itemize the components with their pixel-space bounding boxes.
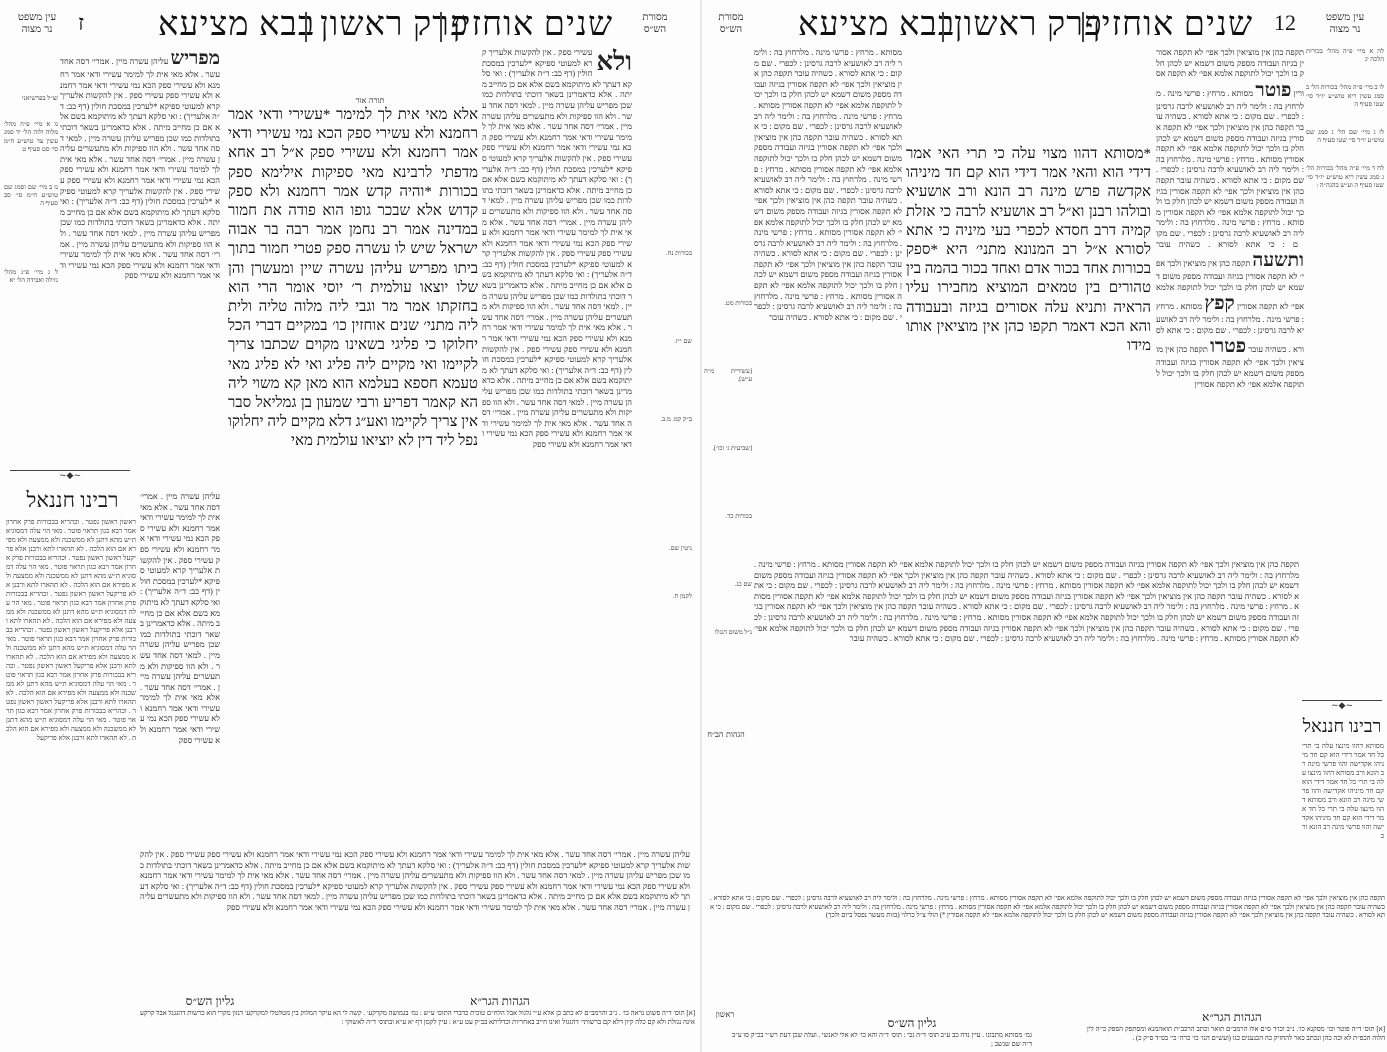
ein-mishpat-entry: נו א מיי׳ פ״ה מהל׳ מלוה ולוה הל׳ יד סמג … bbox=[4, 121, 58, 154]
label-ner-mitzvah: נר מצוה bbox=[1330, 24, 1361, 35]
mesoret-entry: בכורות מט. bbox=[704, 300, 752, 308]
header-separator bbox=[440, 12, 442, 42]
mefaresh-band: תקפה כהן אין מוציאין ולכך אפי׳ לא תקפה א… bbox=[710, 895, 1385, 990]
ein-mishpat-label: עין משפטנר מצוה bbox=[14, 12, 60, 36]
header-separator bbox=[305, 12, 307, 42]
bold-word-vetishah: ותשעה bbox=[1252, 250, 1304, 271]
label-ein-mishpat: עין משפט bbox=[1326, 12, 1364, 23]
hagahot-habach-label: הגהות הב״ח bbox=[706, 730, 746, 740]
bold-word-patru: פטרו bbox=[1210, 336, 1246, 357]
gilyon-hashas-title: גליון הש״ס bbox=[150, 994, 270, 1009]
tosafot-text-cont: עשירי ספק . אין להקשות אלעריך קרא למעוטי… bbox=[60, 91, 220, 153]
mesoret-entry: שם י״ז. bbox=[636, 338, 692, 346]
mesoret-entry: לקמן ח. bbox=[636, 593, 692, 601]
tosafot-text-cont3: עשירי ספק . אין להקשות אלעריך קרא למעוטי… bbox=[60, 176, 220, 249]
torah-or-label: תורה אור bbox=[340, 96, 400, 106]
hagahot-hagra-title: הגהות הגר״א bbox=[1172, 1010, 1292, 1025]
ein-mishpat-column: זצ״ל בפרשיאני נו א מיי׳ פ״ה מהל׳ מלוה ול… bbox=[4, 95, 58, 475]
mesoret-entry: ניטין שם. bbox=[636, 545, 692, 553]
right-page: מסורתהש״ס בבא מציעא פרק ראשון שנים אוחזי… bbox=[702, 0, 1387, 1052]
gemara-body: *מסותא דהוו מצוי עלה כי תרי האי אמר דידי… bbox=[906, 146, 1151, 354]
header-separator bbox=[1082, 12, 1084, 42]
hagahot-hagra-text: [א] תוס׳ ד״ה פשוט נראה כו׳ . נ״ב והרמב״ם… bbox=[420, 1010, 695, 1017]
rashi-head-word: ולא bbox=[596, 48, 632, 76]
bold-word-poter: פוטר bbox=[1255, 80, 1291, 101]
tosafot-lower-text3: עליהן עשרה מיין . אמרי׳ דסה אחד עשר . אל… bbox=[140, 672, 220, 745]
bottom-commentary-text: עליהן עשרה מיין . אמרי׳ דסה אחד עשר . אל… bbox=[205, 850, 690, 859]
gilyon-hashas-text-block: גמ׳ מסותא מתבונו . עיין נדה כב ע״ב תוס׳ … bbox=[732, 1032, 1032, 1052]
page-number: 12 bbox=[1274, 10, 1296, 36]
rabbeinu-chananel-title: רבינו חננאל bbox=[1298, 716, 1386, 737]
bottom-commentary: עליהן עשרה מיין . אמרי׳ דסה אחד עשר . אל… bbox=[140, 850, 690, 985]
ein-mishpat-entry: לה א מיי׳ פ״ה מהל׳ בכורות הלכה יג bbox=[1306, 48, 1384, 64]
mesoret-entry: ב״ק קמ. מ.ב. bbox=[636, 416, 692, 424]
mesoret-entry: בכורות כד. bbox=[704, 513, 752, 521]
rabbeinu-chananel-text: מסותא דהוו מינצו עלה בי תרי כל חד אמר די… bbox=[1302, 742, 1384, 892]
gilyon-hashas-title: גליון הש״ס bbox=[852, 1016, 972, 1031]
tosafot-lower-text2: עשירי ספק . אין להקשות אלעריך קרא למעוטי… bbox=[140, 556, 220, 682]
ornament-divider: ~◆~ bbox=[10, 470, 130, 481]
bold-word-kafatz: קפץ bbox=[1204, 293, 1234, 314]
mefaresh-text3: תקפה כהן אין מוציאין ולכך אפי׳ לא תקפה א… bbox=[976, 904, 1351, 911]
header-tractate: בבא מציעא bbox=[158, 6, 315, 44]
mesoret-entry: נ״ל משום דנגלו bbox=[704, 629, 752, 637]
footer-notes: [א] תוס׳ ד״ה פשוט נראה כו׳ . נ״ב והרמב״ם… bbox=[140, 1010, 695, 1050]
hagahot-hagra-title: הגהות הגר״א bbox=[440, 994, 560, 1009]
tosafot-column: מפריש עליהן עשרה מיין . אמרי׳ דסה אחד עש… bbox=[60, 48, 220, 488]
label-mesoret: מסורת bbox=[642, 12, 667, 23]
mefaresh-text: תקפה כהן אין מוציאין ולכך אפי׳ לא תקפה א… bbox=[1008, 895, 1385, 902]
rishon-label: ראשון bbox=[710, 1010, 740, 1020]
ein-mishpat-entry: לו ב מיי׳ פ״ה מהל׳ בכורות הל׳ ב סמג עשין… bbox=[1306, 84, 1384, 109]
right-page-header: מסורתהש״ס בבא מציעא פרק ראשון שנים אוחזי… bbox=[702, 2, 1387, 46]
mesoret-entry: [שביעית ג׳ וכו׳]. bbox=[704, 445, 752, 453]
gilyon-hashas-text: גמ׳ מסותא מתבונו . עיין נדה כב ע״ב תוס׳ … bbox=[732, 1032, 1032, 1048]
label-hashas: הש״ס bbox=[644, 24, 666, 35]
bottom-commentary-text: תקפה כהן אין מוציאין ולכך אפי׳ לא תקפה א… bbox=[844, 560, 1299, 569]
ein-mishpat-entry: לח ד מיי׳ פ״ה מהל׳ בכורות הל׳ ג סמג עשין… bbox=[1306, 165, 1384, 190]
bottom-commentary: תקפה כהן אין מוציאין ולכך אפי׳ לא תקפה א… bbox=[754, 560, 1299, 890]
mesoret-entry: בכורות נח. bbox=[636, 250, 692, 258]
left-page-header: עין משפטנר מצוה ז בבא מציעא פרק ראשון שנ… bbox=[0, 2, 700, 46]
label-hashas: הש״ס bbox=[720, 24, 742, 35]
mesoret-label: מסורתהש״ס bbox=[632, 12, 678, 36]
header-separator bbox=[942, 12, 944, 42]
hagahot-hagra-text-block: [א] תוס׳ ד״ה פוטר וכו׳ מסקנא כו׳. נ״ב וכ… bbox=[1087, 1026, 1385, 1052]
label-ner-mitzvah: נר מצוה bbox=[22, 24, 53, 35]
header-chapter: פרק ראשון bbox=[320, 6, 469, 44]
ein-mishpat-entry: לז ג מיי׳ שם הל׳ ג סמג שם טוש״ע יו״ד סי׳… bbox=[1306, 129, 1384, 145]
tosafot-lower-text: עליהן עשרה מיין . אמרי׳ דסה אחד עשר . אל… bbox=[140, 492, 220, 565]
ein-mishpat-entry: ל ג מיי׳ פ״ג מהל׳ גזילה ואבידה הל׳ יא bbox=[4, 269, 58, 285]
left-page: עין משפטנר מצוה ז בבא מציעא פרק ראשון שנ… bbox=[0, 0, 700, 1052]
rashi-text-cont2: עשירי ספק . אין להקשות אלעריך קרא למעוטי… bbox=[482, 154, 632, 216]
ein-mishpat-entry: נז ב מיי׳ שם וסמג שם טוש״ע ח״מ סי׳ סב סע… bbox=[4, 184, 58, 209]
tosafot-lower: עליהן עשרה מיין . אמרי׳ דסה אחד עשר . אל… bbox=[140, 492, 220, 832]
label-ein-mishpat: עין משפט bbox=[18, 12, 56, 23]
rashi-column: ולא עשירי ספק . אין להקשות אלעריך קרא למ… bbox=[482, 48, 632, 848]
tosafot-head-word: מפריש bbox=[171, 48, 220, 69]
header-chapter: פרק ראשון bbox=[954, 6, 1103, 44]
mesoret-label: מסורתהש״ס bbox=[708, 12, 754, 36]
rabbeinu-chananel-text: ראשון ראשון נפטר . וכהריא בבכורות פרק אח… bbox=[6, 518, 136, 988]
mefaresh-text5: תקפה כהן אין מוציאין ולכך אפי׳ לא תקפה א… bbox=[945, 912, 1320, 919]
folio-letter: ז bbox=[78, 10, 84, 36]
header-chapter-name: שנים אוחזין bbox=[452, 6, 613, 44]
bottom-commentary-text10: מסותא . מרחץ : פרשי מינה . מלרחוץ בה : ו… bbox=[850, 634, 1246, 643]
mesoret-column: בכורות נח. שם י״ז. ב״ק קמ. מ.ב. ניטין שם… bbox=[636, 250, 692, 770]
gemara-main-text: אלא מאי אית לך למימר *עשירי ודאי אמר רחמ… bbox=[228, 106, 478, 846]
header-tractate: בבא מציעא bbox=[798, 6, 955, 44]
label-mesoret: מסורת bbox=[718, 12, 743, 23]
ein-mishpat-entry: זצ״ל בפרשיאני bbox=[4, 95, 58, 103]
footnote-text: *) הולי צ״ל כרלוי (בזות מעשר נפסל ביום ו… bbox=[826, 912, 946, 919]
hagahot-hagra-text: [א] תוס׳ ד״ה פוטר וכו׳ מסקנא כו׳. נ״ב וכ… bbox=[1087, 1026, 1385, 1042]
ein-mishpat-label: עין משפטנר מצוה bbox=[1322, 12, 1368, 36]
mesoret-entry: שם כג. bbox=[704, 581, 752, 589]
mesoret-column: בכורות מט. [עשירית מ״ה ע״ש]. [שביעית ג׳ … bbox=[704, 300, 752, 800]
rashi-text-cont4: עשירי ספק . אין להקשות אלעריך קרא למעוטי… bbox=[482, 249, 632, 322]
mesoret-entry: [עשירית מ״ה ע״ש]. bbox=[704, 368, 752, 384]
header-chapter-name: שנים אוחזין bbox=[1092, 6, 1253, 44]
rabbeinu-chananel-title: רבינו חננאל bbox=[10, 488, 135, 513]
gemara-body: אלא מאי אית לך למימר *עשירי ודאי אמר רחמ… bbox=[228, 107, 478, 449]
ein-mishpat-column: לה א מיי׳ פ״ה מהל׳ בכורות הלכה יג לו ב מ… bbox=[1306, 48, 1384, 688]
bottom-commentary-text5: תקפה כהן אין מוציאין ולכך אפי׳ לא תקפה א… bbox=[771, 592, 1226, 601]
rashi-text-cont6: עשירי ספק . אין להקשות אלעריך קרא למעוטי… bbox=[482, 345, 632, 418]
gemara-main-text: *מסותא דהוו מצוי עלה כי תרי האי אמר דידי… bbox=[906, 145, 1151, 555]
ornament-divider: ~◆~ bbox=[1302, 700, 1382, 711]
